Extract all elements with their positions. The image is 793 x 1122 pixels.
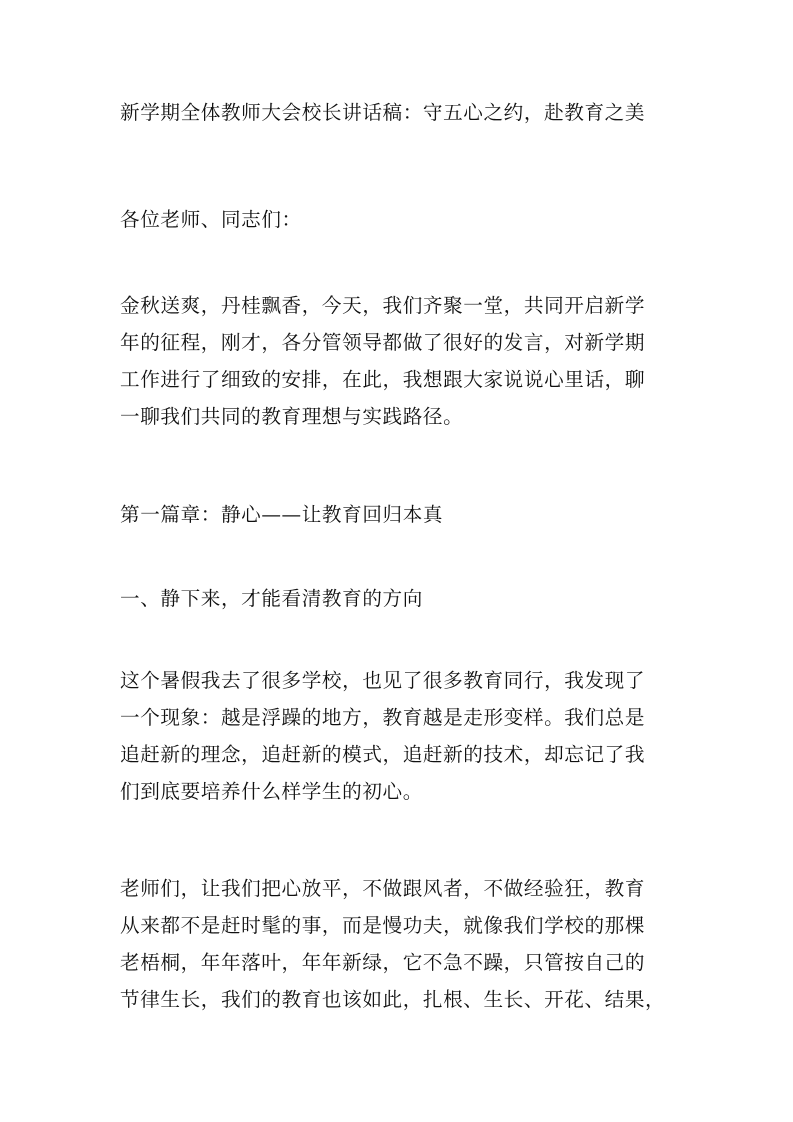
section-paragraph-1: 这个暑假我去了很多学校，也见了很多教育同行，我发现了 一个现象：越是浮躁的地方，… [120, 662, 676, 810]
paragraph-line: 这个暑假我去了很多学校，也见了很多教育同行，我发现了 [120, 662, 676, 699]
paragraph-line: 年的征程，刚才，各分管领导都做了很好的发言，对新学期 [120, 324, 676, 361]
paragraph-line: 一聊我们共同的教育理想与实践路径。 [120, 398, 676, 435]
section-paragraph-2: 老师们，让我们把心放平，不做跟风者，不做经验狂，教育 从来都不是赶时髦的事，而是… [120, 870, 676, 1018]
chapter-heading: 第一篇章：静心——让教育回归本真 [120, 496, 676, 533]
paragraph-line: 工作进行了细致的安排，在此，我想跟大家说说心里话，聊 [120, 361, 676, 398]
paragraph-line: 金秋送爽，丹桂飘香，今天，我们齐聚一堂，共同开启新学 [120, 287, 676, 324]
opening-paragraph: 金秋送爽，丹桂飘香，今天，我们齐聚一堂，共同开启新学 年的征程，刚才，各分管领导… [120, 287, 676, 435]
document-title: 新学期全体教师大会校长讲话稿：守五心之约，赴教育之美 [120, 94, 676, 131]
paragraph-line: 一个现象：越是浮躁的地方，教育越是走形变样。我们总是 [120, 699, 676, 736]
paragraph-line: 从来都不是赶时髦的事，而是慢功夫，就像我们学校的那棵 [120, 907, 676, 944]
paragraph-line: 追赶新的理念，追赶新的模式，追赶新的技术，却忘记了我 [120, 736, 676, 773]
paragraph-line: 老师们，让我们把心放平，不做跟风者，不做经验狂，教育 [120, 870, 676, 907]
section-heading: 一、静下来，才能看清教育的方向 [120, 580, 676, 617]
salutation: 各位老师、同志们： [120, 201, 676, 238]
paragraph-line: 们到底要培养什么样学生的初心。 [120, 773, 676, 810]
paragraph-line: 节律生长，我们的教育也该如此，扎根、生长、开花、结果， [120, 981, 676, 1018]
paragraph-line: 老梧桐，年年落叶，年年新绿，它不急不躁，只管按自己的 [120, 944, 676, 981]
